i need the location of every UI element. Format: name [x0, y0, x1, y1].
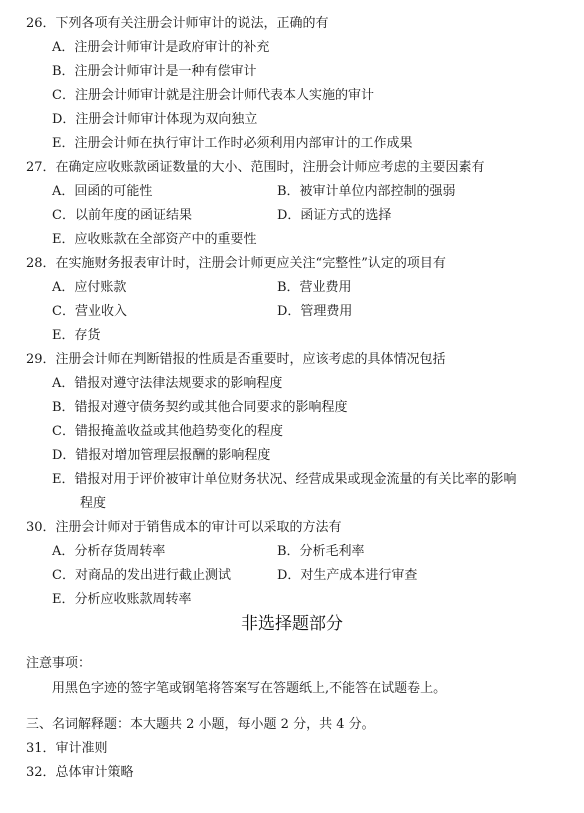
question-30: 30．注册会计师对于销售成本的审计可以采取的方法有 — [26, 519, 342, 537]
option-26-b: B．注册会计师审计是一种有偿审计 — [52, 63, 257, 81]
option-29-e-continuation: 程度 — [80, 495, 106, 513]
option-28-d: D．管理费用 — [277, 303, 352, 321]
option-26-e: E．注册会计师在执行审计工作时必须利用内部审计的工作成果 — [52, 135, 413, 153]
question-number: 27． — [26, 160, 56, 175]
option-27-d: D．函证方式的选择 — [277, 207, 391, 225]
option-28-a: A．应付账款 — [52, 279, 126, 297]
question-number: 29． — [26, 352, 56, 367]
option-26-a: A．注册会计师审计是政府审计的补充 — [52, 39, 269, 57]
option-26-d: D．注册会计师审计体现为双向独立 — [52, 111, 257, 129]
question-26: 26．下列各项有关注册会计师审计的说法，正确的有 — [26, 15, 329, 33]
question-28: 28．在实施财务报表审计时，注册会计师更应关注“完整性”认定的项目有 — [26, 255, 446, 273]
term-number: 31． — [26, 741, 56, 756]
part-title: 三、名词解释题：本大题共 2 小题，每小题 2 分，共 4 分。 — [26, 716, 375, 734]
option-29-b: B．错报对遵守债务契约或其他合同要求的影响程度 — [52, 399, 348, 417]
option-30-c: C．对商品的发出进行截止测试 — [52, 567, 231, 585]
question-text: 注册会计师在判断错报的性质是否重要时，应该考虑的具体情况包括 — [56, 352, 446, 367]
question-number: 26． — [26, 16, 56, 31]
option-30-b: B．分析毛利率 — [277, 543, 365, 561]
question-text: 下列各项有关注册会计师审计的说法，正确的有 — [56, 16, 329, 31]
term-32: 32．总体审计策略 — [26, 764, 134, 782]
option-30-d: D．对生产成本进行审查 — [277, 567, 417, 585]
option-28-e: E．存货 — [52, 327, 101, 345]
term-text: 总体审计策略 — [56, 765, 134, 780]
option-27-a: A．回函的可能性 — [52, 183, 152, 201]
option-29-a: A．错报对遵守法律法规要求的影响程度 — [52, 375, 282, 393]
option-30-e: E．分析应收账款周转率 — [52, 591, 192, 609]
option-27-b: B．被审计单位内部控制的强弱 — [277, 183, 456, 201]
question-text: 在确定应收账款函证数量的大小、范围时，注册会计师应考虑的主要因素有 — [56, 160, 485, 175]
section-heading: 非选择题部分 — [0, 613, 584, 635]
term-text: 审计准则 — [56, 741, 108, 756]
notice-text: 用黑色字迹的签字笔或钢笔将答案写在答题纸上,不能答在试题卷上。 — [52, 680, 446, 698]
option-28-c: C．营业收入 — [52, 303, 127, 321]
question-number: 30． — [26, 520, 56, 535]
option-29-c: C．错报掩盖收益或其他趋势变化的程度 — [52, 423, 283, 441]
option-29-d: D．错报对增加管理层报酬的影响程度 — [52, 447, 270, 465]
question-text: 注册会计师对于销售成本的审计可以采取的方法有 — [56, 520, 342, 535]
option-27-e: E．应收账款在全部资产中的重要性 — [52, 231, 257, 249]
option-27-c: C．以前年度的函证结果 — [52, 207, 192, 225]
option-28-b: B．营业费用 — [277, 279, 352, 297]
term-31: 31．审计准则 — [26, 740, 108, 758]
question-number: 28． — [26, 256, 56, 271]
question-29: 29．注册会计师在判断错报的性质是否重要时，应该考虑的具体情况包括 — [26, 351, 446, 369]
option-26-c: C．注册会计师审计就是注册会计师代表本人实施的审计 — [52, 87, 374, 105]
option-29-e: E．错报对用于评价被审计单位财务状况、经营成果或现金流量的有关比率的影响 — [52, 471, 517, 489]
term-number: 32． — [26, 765, 56, 780]
notice-label: 注意事项： — [26, 655, 91, 673]
question-27: 27．在确定应收账款函证数量的大小、范围时，注册会计师应考虑的主要因素有 — [26, 159, 485, 177]
option-30-a: A．分析存货周转率 — [52, 543, 165, 561]
question-text: 在实施财务报表审计时，注册会计师更应关注“完整性”认定的项目有 — [56, 256, 446, 271]
